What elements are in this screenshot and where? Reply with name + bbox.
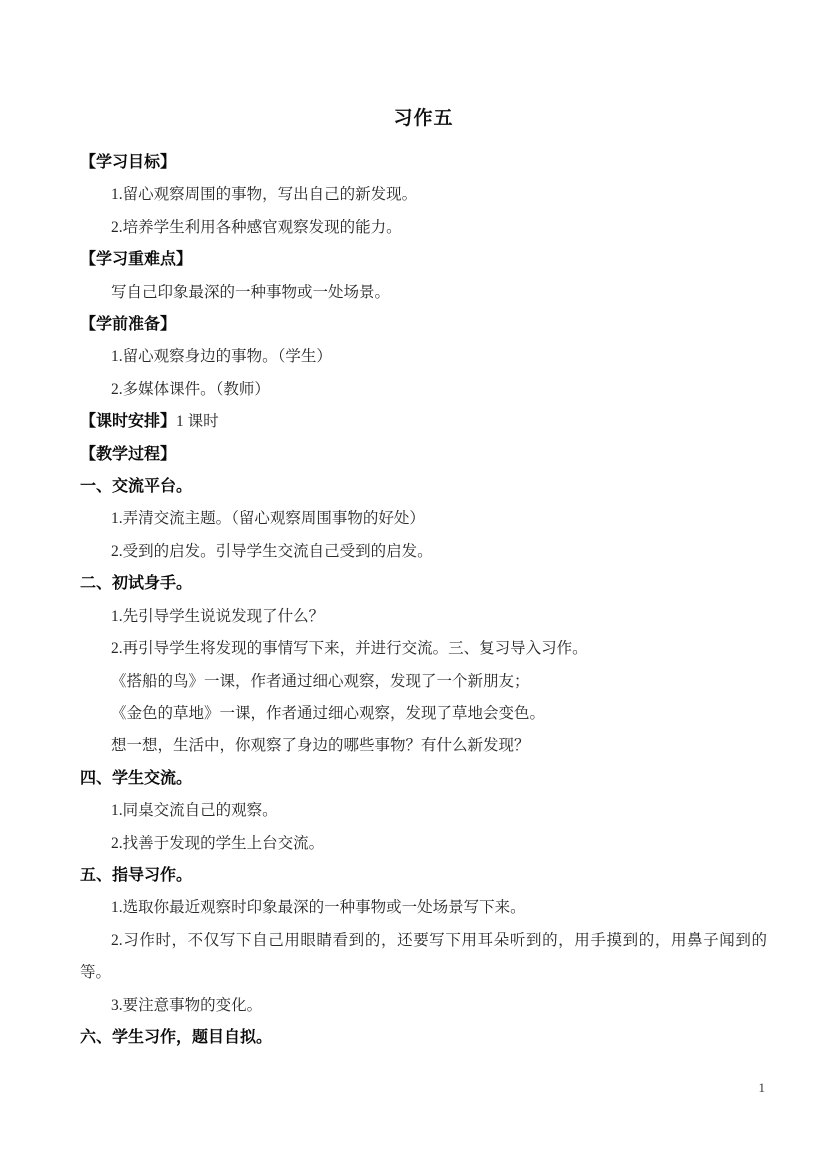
paragraph: 《金色的草地》一课，作者通过细心观察，发现了草地会变色。 bbox=[80, 698, 767, 730]
paragraph: 2.找善于发现的学生上台交流。 bbox=[80, 828, 767, 860]
section-heading-key-points: 【学习重难点】 bbox=[80, 244, 767, 276]
paragraph: 想一想，生活中，你观察了身边的哪些事物？有什么新发现？ bbox=[80, 730, 767, 762]
paragraph: 1.先引导学生说说发现了什么？ bbox=[80, 601, 767, 633]
section-heading-learning-goals: 【学习目标】 bbox=[80, 147, 767, 179]
section-heading-2-first-try: 二、初试身手。 bbox=[80, 568, 767, 600]
section-heading-6-student-writing: 六、学生习作，题目自拟。 bbox=[80, 1022, 767, 1054]
class-schedule-label: 【课时安排】 bbox=[80, 413, 176, 430]
document-body: 习作五 【学习目标】 1.留心观察周围的事物，写出自己的新发现。 2.培养学生利… bbox=[80, 103, 767, 1054]
paragraph: 2.培养学生利用各种感官观察发现的能力。 bbox=[80, 212, 767, 244]
document-page: 习作五 【学习目标】 1.留心观察周围的事物，写出自己的新发现。 2.培养学生利… bbox=[0, 0, 827, 1169]
paragraph: 2.受到的启发。引导学生交流自己受到的启发。 bbox=[80, 536, 767, 568]
paragraph: 1.留心观察周围的事物，写出自己的新发现。 bbox=[80, 179, 767, 211]
paragraph: 1.同桌交流自己的观察。 bbox=[80, 795, 767, 827]
paragraph: 2.再引导学生将发现的事情写下来，并进行交流。三、复习导入习作。 bbox=[80, 633, 767, 665]
paragraph: 1.选取你最近观察时印象最深的一种事物或一处场景写下来。 bbox=[80, 892, 767, 924]
paragraph: 1.留心观察身边的事物。（学生） bbox=[80, 341, 767, 373]
section-heading-class-schedule: 【课时安排】1 课时 bbox=[80, 406, 767, 438]
section-heading-preparation: 【学前准备】 bbox=[80, 309, 767, 341]
class-schedule-value: 1 课时 bbox=[176, 413, 219, 430]
paragraph: 《搭船的鸟》一课，作者通过细心观察，发现了一个新朋友； bbox=[80, 666, 767, 698]
paragraph: 2.习作时，不仅写下自己用眼睛看到的，还要写下用耳朵听到的，用手摸到的，用鼻子闻… bbox=[80, 925, 767, 990]
page-number: 1 bbox=[759, 1080, 766, 1096]
section-heading-4-student-exchange: 四、学生交流。 bbox=[80, 763, 767, 795]
section-heading-1-exchange-platform: 一、交流平台。 bbox=[80, 471, 767, 503]
paragraph: 3.要注意事物的变化。 bbox=[80, 990, 767, 1022]
paragraph: 写自己印象最深的一种事物或一处场景。 bbox=[80, 277, 767, 309]
section-heading-teaching-process: 【教学过程】 bbox=[80, 439, 767, 471]
paragraph: 2.多媒体课件。（教师） bbox=[80, 374, 767, 406]
document-title: 习作五 bbox=[80, 103, 767, 135]
section-heading-5-writing-guidance: 五、指导习作。 bbox=[80, 860, 767, 892]
paragraph: 1.弄清交流主题。（留心观察周围事物的好处） bbox=[80, 503, 767, 535]
